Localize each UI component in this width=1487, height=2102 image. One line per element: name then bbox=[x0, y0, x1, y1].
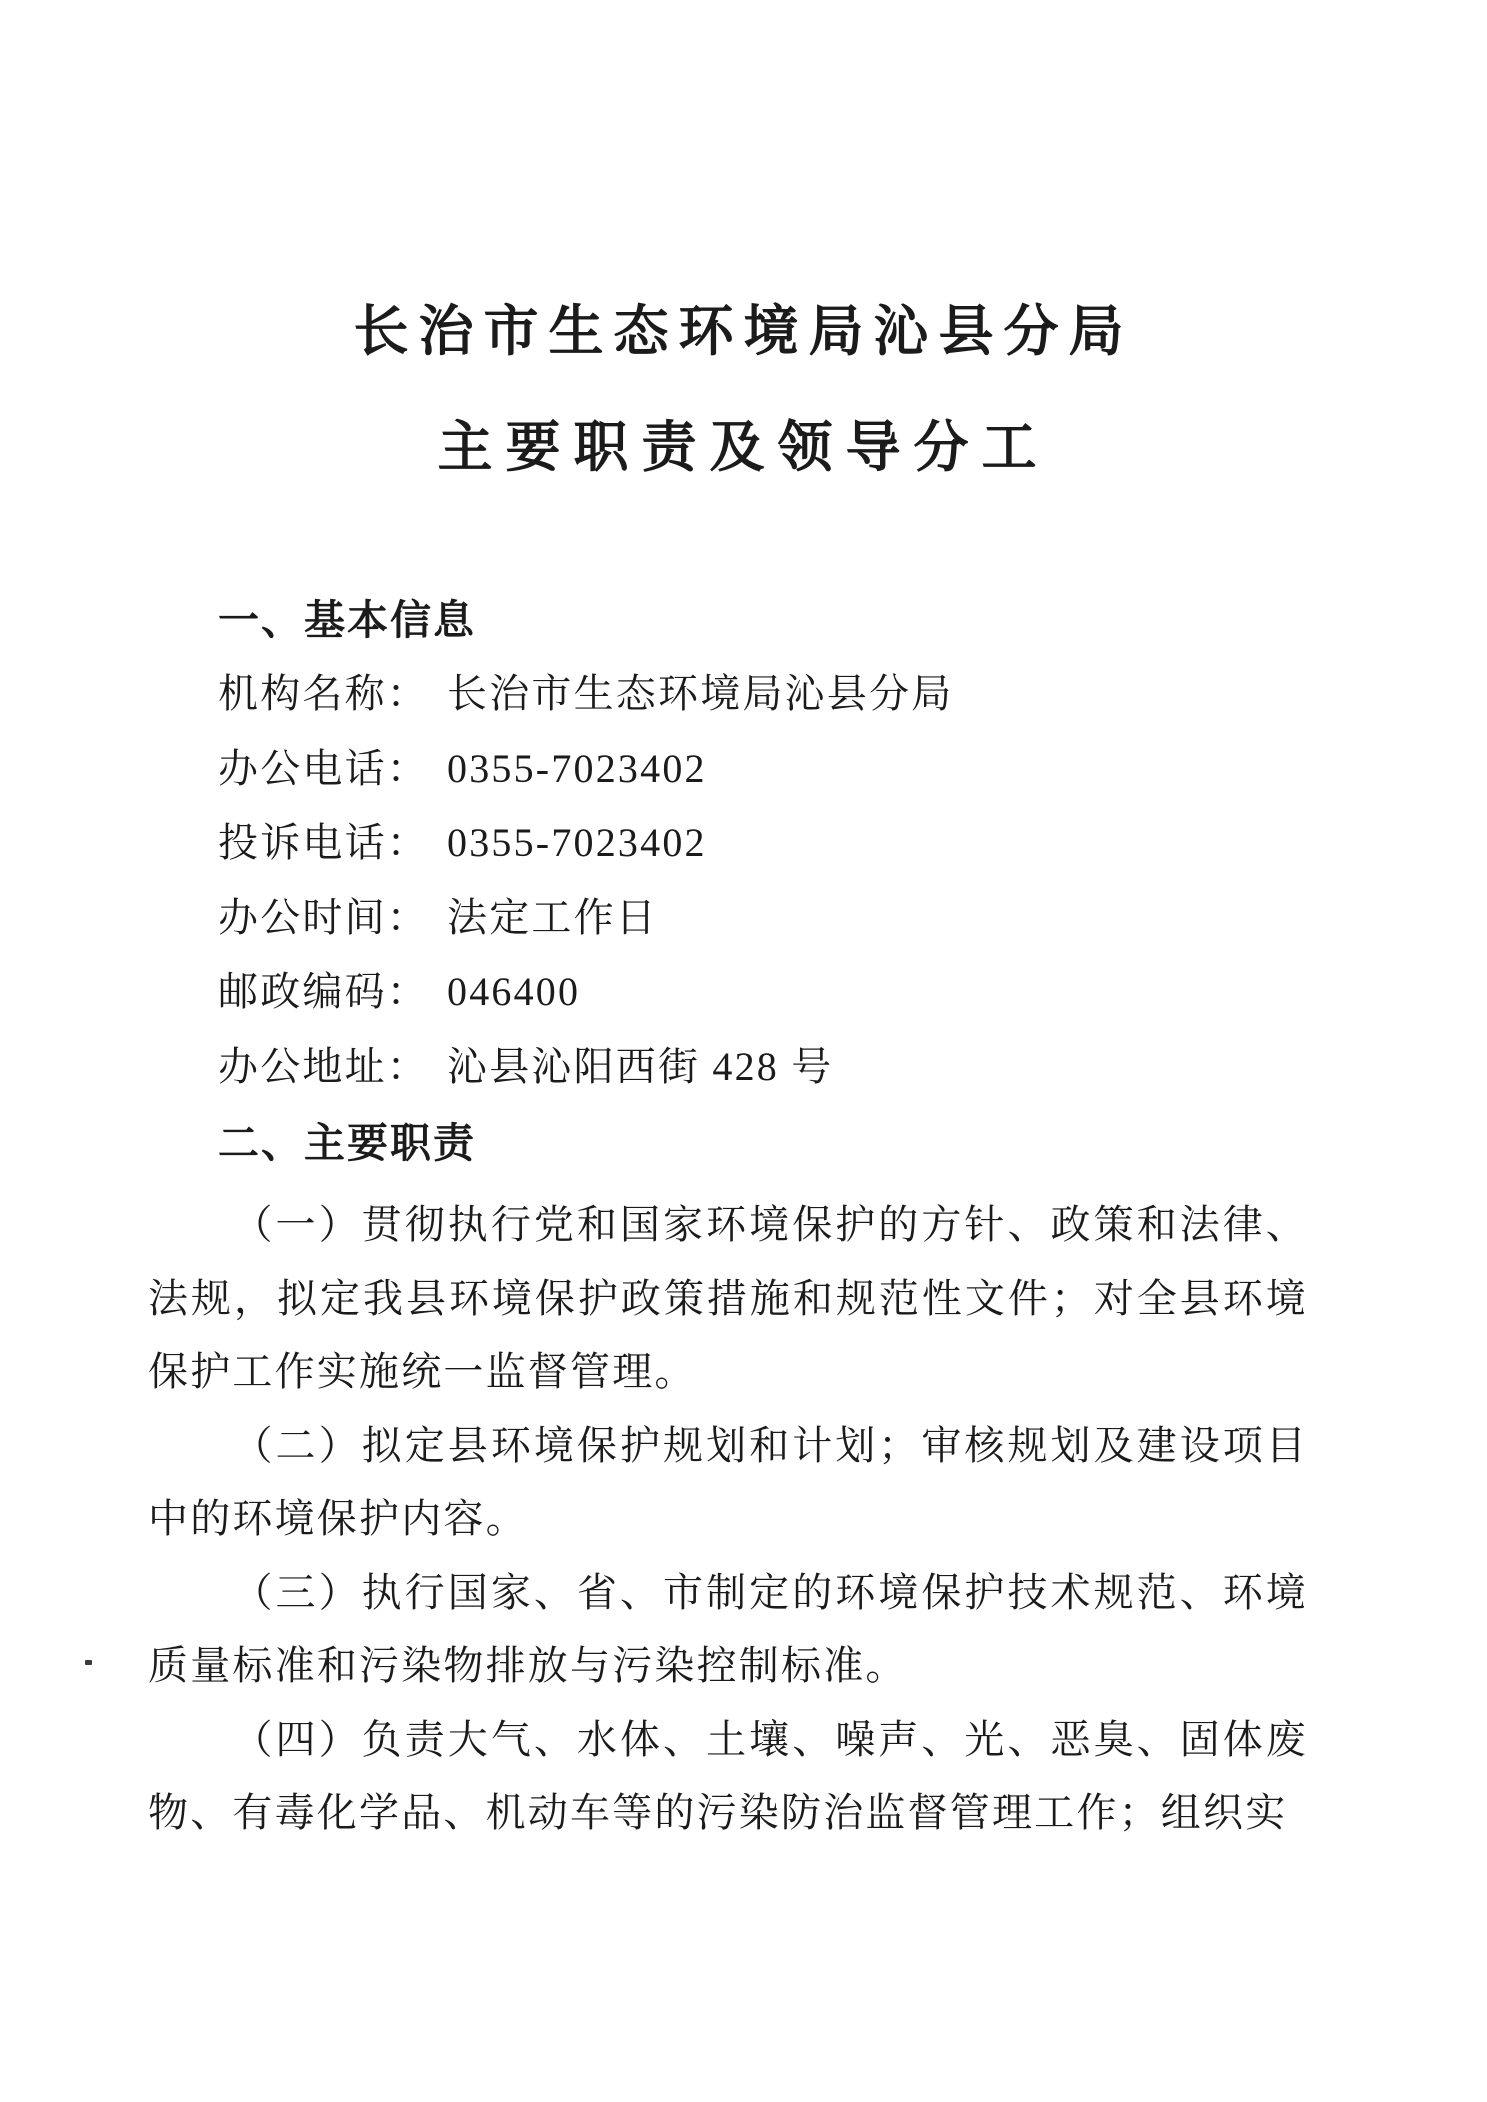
field-value-postal-code: 046400 bbox=[447, 969, 580, 1014]
field-label-complaint-phone: 投诉电话： bbox=[218, 820, 429, 865]
field-row-complaint-phone: 投诉电话：0355-7023402 bbox=[148, 806, 1339, 881]
field-label-org-name: 机构名称： bbox=[218, 671, 429, 716]
section-heading-main-duties: 二、主要职责 bbox=[148, 1106, 1339, 1180]
basic-info-field-list: 机构名称：长治市生态环境局沁县分局 办公电话：0355-7023402 投诉电话… bbox=[148, 657, 1339, 1104]
field-row-postal-code: 邮政编码：046400 bbox=[148, 955, 1339, 1030]
section-heading-basic-info: 一、基本信息 bbox=[148, 583, 1339, 657]
field-label-office-address: 办公地址： bbox=[218, 1044, 429, 1089]
document-content: 长治市生态环境局沁县分局 主要职责及领导分工 一、基本信息 机构名称：长治市生态… bbox=[0, 0, 1487, 1850]
duty-paragraph-2: （二）拟定县环境保护规划和计划；审核规划及建设项目中的环境保护内容。 bbox=[148, 1409, 1308, 1556]
duty-paragraph-1: （一）贯彻执行党和国家环境保护的方针、政策和法律、法规，拟定我县环境保护政策措施… bbox=[148, 1188, 1308, 1409]
field-value-org-name: 长治市生态环境局沁县分局 bbox=[447, 671, 953, 716]
field-row-office-hours: 办公时间：法定工作日 bbox=[148, 881, 1339, 956]
field-label-postal-code: 邮政编码： bbox=[218, 969, 429, 1014]
field-value-office-phone: 0355-7023402 bbox=[447, 746, 707, 791]
field-value-office-hours: 法定工作日 bbox=[447, 895, 658, 940]
field-value-complaint-phone: 0355-7023402 bbox=[447, 820, 707, 865]
duty-paragraph-3: （三）执行国家、省、市制定的环境保护技术规范、环境质量标准和污染物排放与污染控制… bbox=[148, 1556, 1308, 1703]
field-row-office-address: 办公地址：沁县沁阳西街 428 号 bbox=[148, 1030, 1339, 1105]
duty-paragraph-4: （四）负责大气、水体、土壤、噪声、光、恶臭、固体废物、有毒化学品、机动车等的污染… bbox=[148, 1703, 1308, 1850]
field-row-office-phone: 办公电话：0355-7023402 bbox=[148, 732, 1339, 807]
document-title-line2: 主要职责及领导分工 bbox=[148, 413, 1339, 483]
field-label-office-hours: 办公时间： bbox=[218, 895, 429, 940]
document-page: 长治市生态环境局沁县分局 主要职责及领导分工 一、基本信息 机构名称：长治市生态… bbox=[0, 0, 1487, 2102]
field-row-org-name: 机构名称：长治市生态环境局沁县分局 bbox=[148, 657, 1339, 732]
field-label-office-phone: 办公电话： bbox=[218, 746, 429, 791]
field-value-office-address: 沁县沁阳西街 428 号 bbox=[447, 1044, 833, 1089]
document-title-line1: 长治市生态环境局沁县分局 bbox=[148, 0, 1339, 367]
scan-speck bbox=[85, 1660, 92, 1665]
